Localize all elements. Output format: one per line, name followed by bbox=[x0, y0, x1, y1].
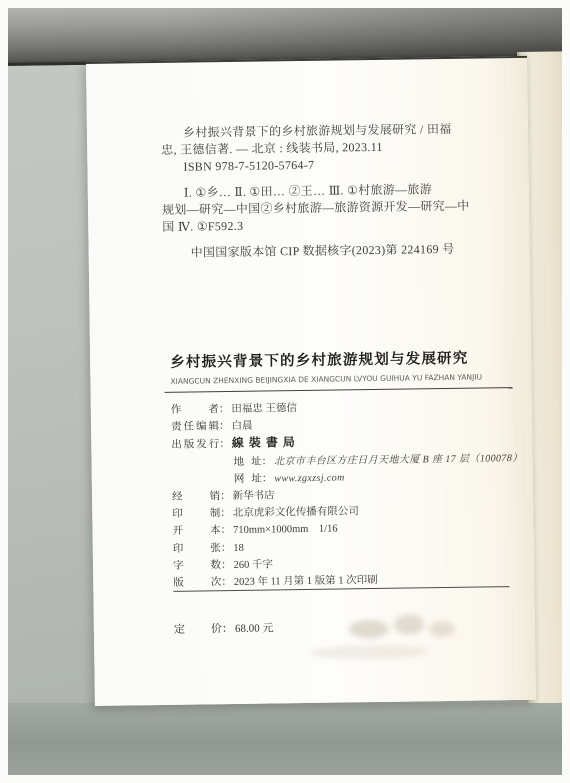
cip-registry-line: 中国国家版本馆 CIP 数据核字(2023)第 224169 号 bbox=[163, 240, 511, 262]
cip-data-block: 乡村振兴背景下的乡村旅游规划与发展研究 / 田福 忠, 王德信著. — 北京 :… bbox=[161, 120, 511, 261]
row-colon: ： bbox=[219, 421, 232, 432]
publisher-website: www.zgxzsj.com bbox=[274, 472, 345, 484]
row-value: 田福忠 王德信 bbox=[231, 403, 297, 415]
row-label: 责任编辑 bbox=[171, 418, 219, 436]
row-label: 开本 bbox=[172, 523, 220, 541]
book-copyright-page-photo: 乡村振兴背景下的乡村旅游规划与发展研究 / 田福 忠, 王德信著. — 北京 :… bbox=[0, 0, 570, 783]
row-colon: ： bbox=[220, 525, 233, 536]
row-colon: ： bbox=[220, 491, 233, 502]
row-label: 作者 bbox=[171, 401, 219, 419]
row-value: 18 bbox=[233, 542, 244, 553]
photo-scene: 乡村振兴背景下的乡村旅游规划与发展研究 / 田福 忠, 王德信著. — 北京 :… bbox=[8, 8, 562, 775]
ink-showthrough bbox=[429, 621, 455, 637]
row-label: 地址 bbox=[233, 453, 261, 471]
row-colon: ： bbox=[262, 456, 275, 467]
colophon-block: 作者：田福忠 王德信 责任编辑：白晨 出版发行：線裝書局 地址：北京市丰台区方庄… bbox=[171, 397, 526, 592]
row-colon: ： bbox=[221, 560, 234, 571]
price-row: 定价：68.00 元 bbox=[174, 619, 274, 636]
row-value: 2023 年 11 月第 1 版第 1 次印刷 bbox=[234, 575, 378, 588]
row-value: 白晨 bbox=[232, 421, 253, 432]
ink-showthrough bbox=[309, 644, 429, 660]
row-label: 印张 bbox=[173, 540, 221, 558]
row-value: 北京虎彩文化传播有限公司 bbox=[233, 506, 359, 519]
book-title-pinyin: XIANGCUN ZHENXING BEIJINGXIA DE XIANGCUN… bbox=[170, 372, 522, 386]
price-label: 定价 bbox=[174, 620, 222, 637]
publisher-address: 北京市丰台区方庄日月天地大厦 B 座 17 层（100078） bbox=[274, 453, 523, 467]
row-label: 字数 bbox=[173, 557, 221, 575]
ink-showthrough bbox=[394, 614, 424, 634]
row-label: 印制 bbox=[172, 505, 220, 523]
cip-line: 国 Ⅳ. ①F592.3 bbox=[162, 214, 510, 236]
row-colon: ： bbox=[219, 404, 232, 415]
publisher-name: 線裝書局 bbox=[232, 435, 300, 450]
row-label: 出版发行 bbox=[171, 437, 219, 455]
row-value: 710mm×1000mm 1/16 bbox=[233, 524, 338, 536]
row-colon: ： bbox=[221, 543, 234, 554]
book-title: 乡村振兴背景下的乡村旅游规划与发展研究 bbox=[170, 346, 530, 372]
row-label: 经销 bbox=[172, 488, 220, 506]
row-colon: ： bbox=[222, 623, 235, 635]
row-value: 260 千字 bbox=[233, 559, 273, 571]
price-value: 68.00 元 bbox=[235, 622, 274, 635]
row-colon: ： bbox=[219, 439, 232, 450]
row-label: 网址 bbox=[234, 470, 262, 488]
row-colon: ： bbox=[221, 577, 234, 588]
table-surface bbox=[8, 703, 562, 775]
divider-under-title bbox=[165, 387, 513, 393]
row-colon: ： bbox=[262, 473, 275, 484]
row-value: 新华书店 bbox=[233, 490, 275, 502]
copyright-page: 乡村振兴背景下的乡村旅游规划与发展研究 / 田福 忠, 王德信著. — 北京 :… bbox=[86, 56, 536, 706]
row-colon: ： bbox=[220, 508, 233, 519]
ink-showthrough bbox=[349, 620, 389, 639]
